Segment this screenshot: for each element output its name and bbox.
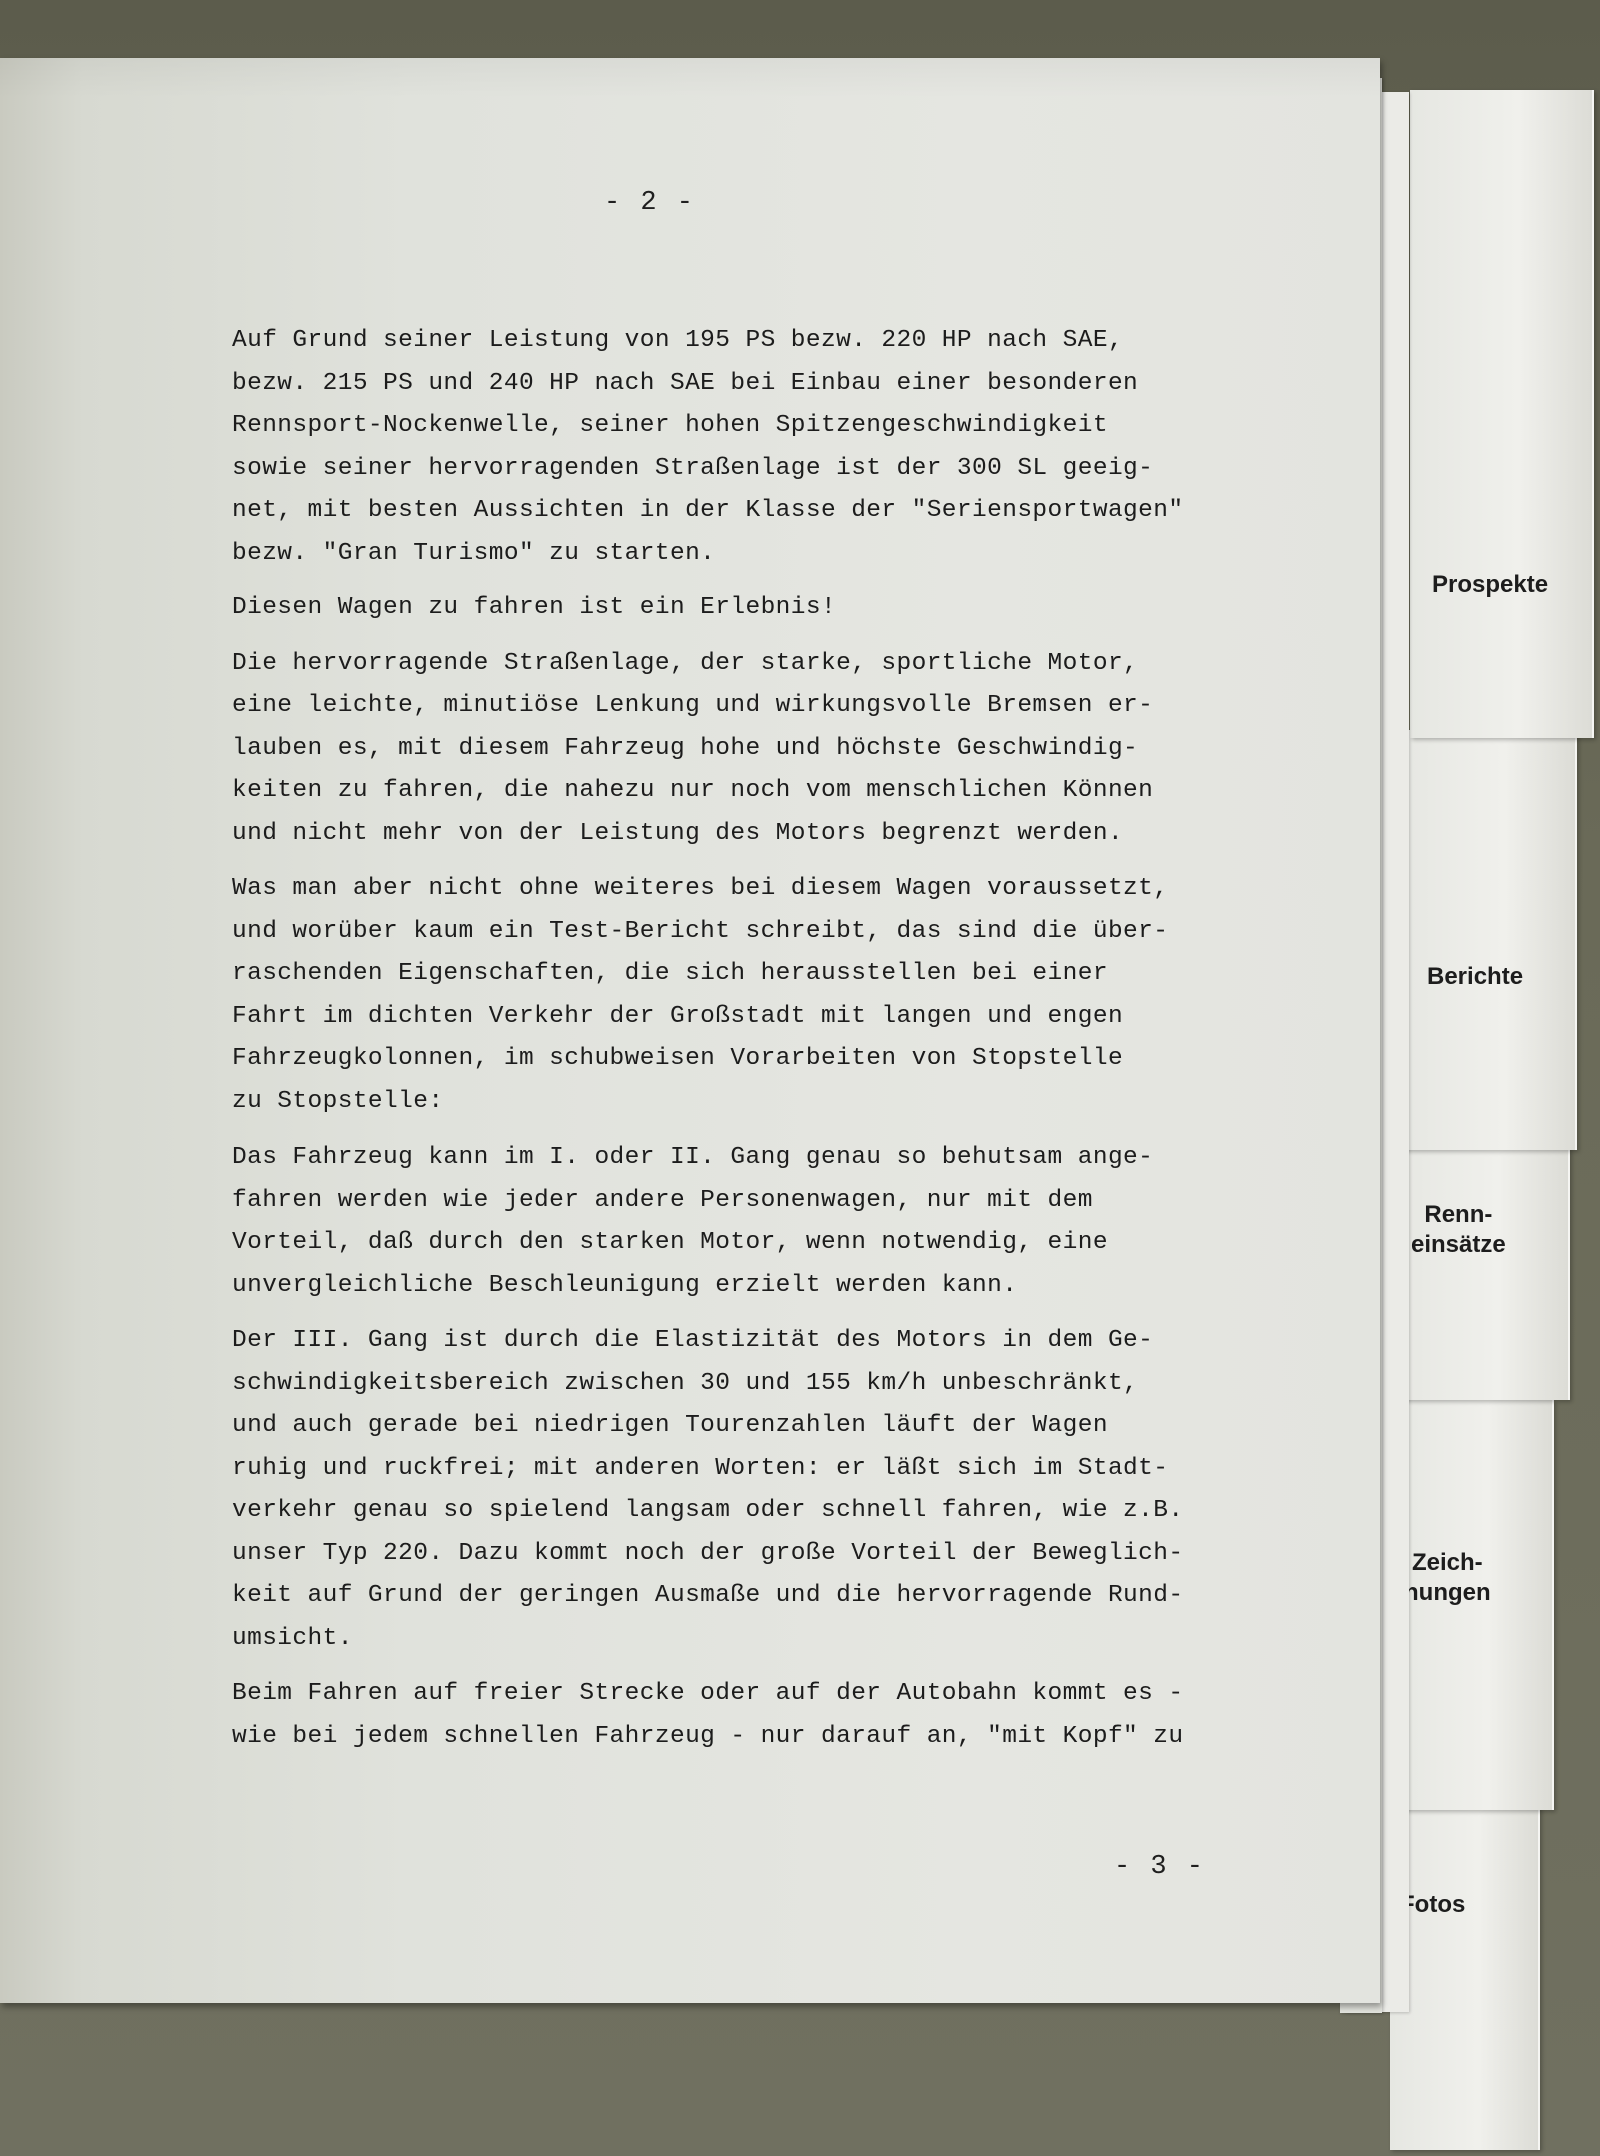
tab-label: Renn- einsätze [1411, 1200, 1506, 1260]
tab-label: Zeich- nungen [1404, 1548, 1491, 1608]
page-number-bottom: - 3 - [1114, 1852, 1205, 1882]
paragraph: Auf Grund seiner Leistung von 195 PS bez… [232, 320, 1232, 575]
paragraph: Diesen Wagen zu fahren ist ein Erlebnis! [232, 587, 1232, 630]
divider-tab-berichte[interactable]: Berichte [1400, 730, 1577, 1150]
paragraph: Der III. Gang ist durch die Elastizität … [232, 1320, 1232, 1660]
divider-tab-prospekte[interactable]: Prospekte [1410, 90, 1594, 738]
paragraph: Das Fahrzeug kann im I. oder II. Gang ge… [232, 1137, 1232, 1307]
tab-label: Fotos [1400, 1890, 1465, 1920]
paragraph: Beim Fahren auf freier Strecke oder auf … [232, 1673, 1232, 1758]
typewritten-page: - 2 - Auf Grund seiner Leistung von 195 … [0, 58, 1380, 2003]
tab-label: Berichte [1427, 962, 1523, 992]
body-text: Auf Grund seiner Leistung von 195 PS bez… [232, 320, 1232, 1771]
tab-label: Prospekte [1432, 570, 1548, 600]
page-number-top: - 2 - [604, 188, 695, 218]
paragraph: Was man aber nicht ohne weiteres bei die… [232, 868, 1232, 1123]
divider-tab-zeichnungen[interactable]: Zeich- nungen [1392, 1400, 1554, 1810]
divider-tabs: Fotos Zeich- nungen Renn- einsätze Beric… [1380, 80, 1580, 2080]
paragraph: Die hervorragende Straßenlage, der stark… [232, 643, 1232, 856]
